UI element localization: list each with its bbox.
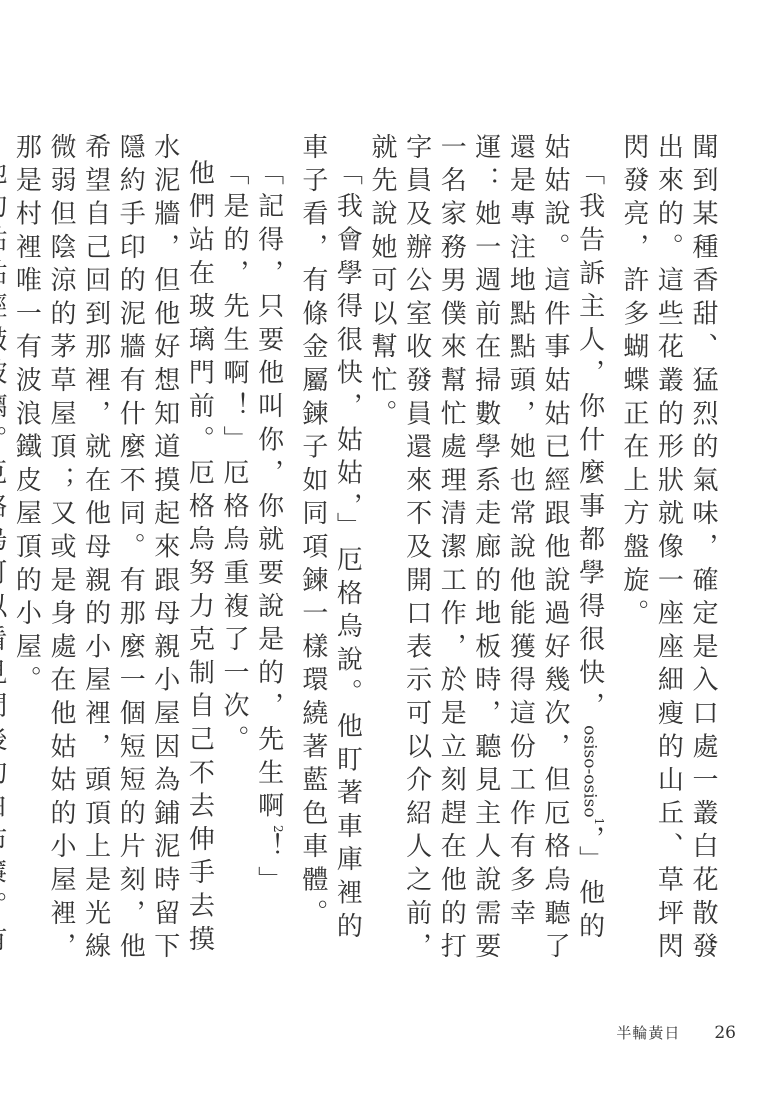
text-run: 「是的，先生啊！」厄格烏重複了一次。 [219,159,249,758]
text-run: 「我告訴主人，你什麼事都學得很快， [575,159,605,725]
latin-term: osiso-osiso [580,725,600,817]
text-run: ！」 [254,833,284,900]
text-run: 「記得，只要他叫你，你就要說是的，先生啊 [254,159,284,825]
text-run: ，」他的姑姑說。這件事姑姑已經跟他說過好幾次，但厄格烏聽了還是專注地點點頭，她也… [367,133,605,966]
paragraph: 「我告訴主人，你什麼事都學得很快，osiso-osiso1，」他的姑姑說。這件事… [364,133,616,971]
paragraph: 他的姑姑輕敲玻璃。厄格烏可以看見門後的白布簾。有人說話，用的是英文，「嗯？進來吧… [0,133,9,971]
paragraph: 「我會學得很快，姑姑，」厄格烏說。他盯著車庫裡的車子看，有條金屬鍊子如同項鍊一樣… [295,133,364,971]
text-run: 他們站在玻璃門前。厄格烏努力克制自己不去伸手去摸水泥牆，但他好想知道摸起來跟母親… [11,133,214,966]
text-run: 他的姑姑輕敲玻璃。厄格烏可以看見門後的白布簾。有人說話，用的是英文，「嗯？進來吧… [0,133,7,958]
page-footer: 半輪黃日 26 [616,1022,736,1043]
book-page: 聞到某種香甜、猛烈的氣味，確定是入口處一叢白花散發出來的。這些花叢的形狀就像一座… [0,0,776,1100]
vertical-text-body: 聞到某種香甜、猛烈的氣味，確定是入口處一叢白花散發出來的。這些花叢的形狀就像一座… [0,133,720,971]
paragraph: 「是的，先生啊！」厄格烏重複了一次。 [216,133,251,971]
running-title: 半輪黃日 [616,1022,680,1043]
paragraph: 聞到某種香甜、猛烈的氣味，確定是入口處一叢白花散發出來的。這些花叢的形狀就像一座… [616,133,720,971]
text-run: 「我會學得很快，姑姑，」厄格烏說。他盯著車庫裡的車子看，有條金屬鍊子如同項鍊一樣… [298,133,363,945]
paragraph: 「記得，只要他叫你，你就要說是的，先生啊2！」 [251,133,295,971]
page-number: 26 [714,1023,736,1043]
footnote-marker: 2 [271,825,285,833]
text-run: 聞到某種香甜、猛烈的氣味，確定是入口處一叢白花散發出來的。這些花叢的形狀就像一座… [619,133,718,966]
paragraph: 他們站在玻璃門前。厄格烏努力克制自己不去伸手去摸水泥牆，但他好想知道摸起來跟母親… [9,133,217,971]
